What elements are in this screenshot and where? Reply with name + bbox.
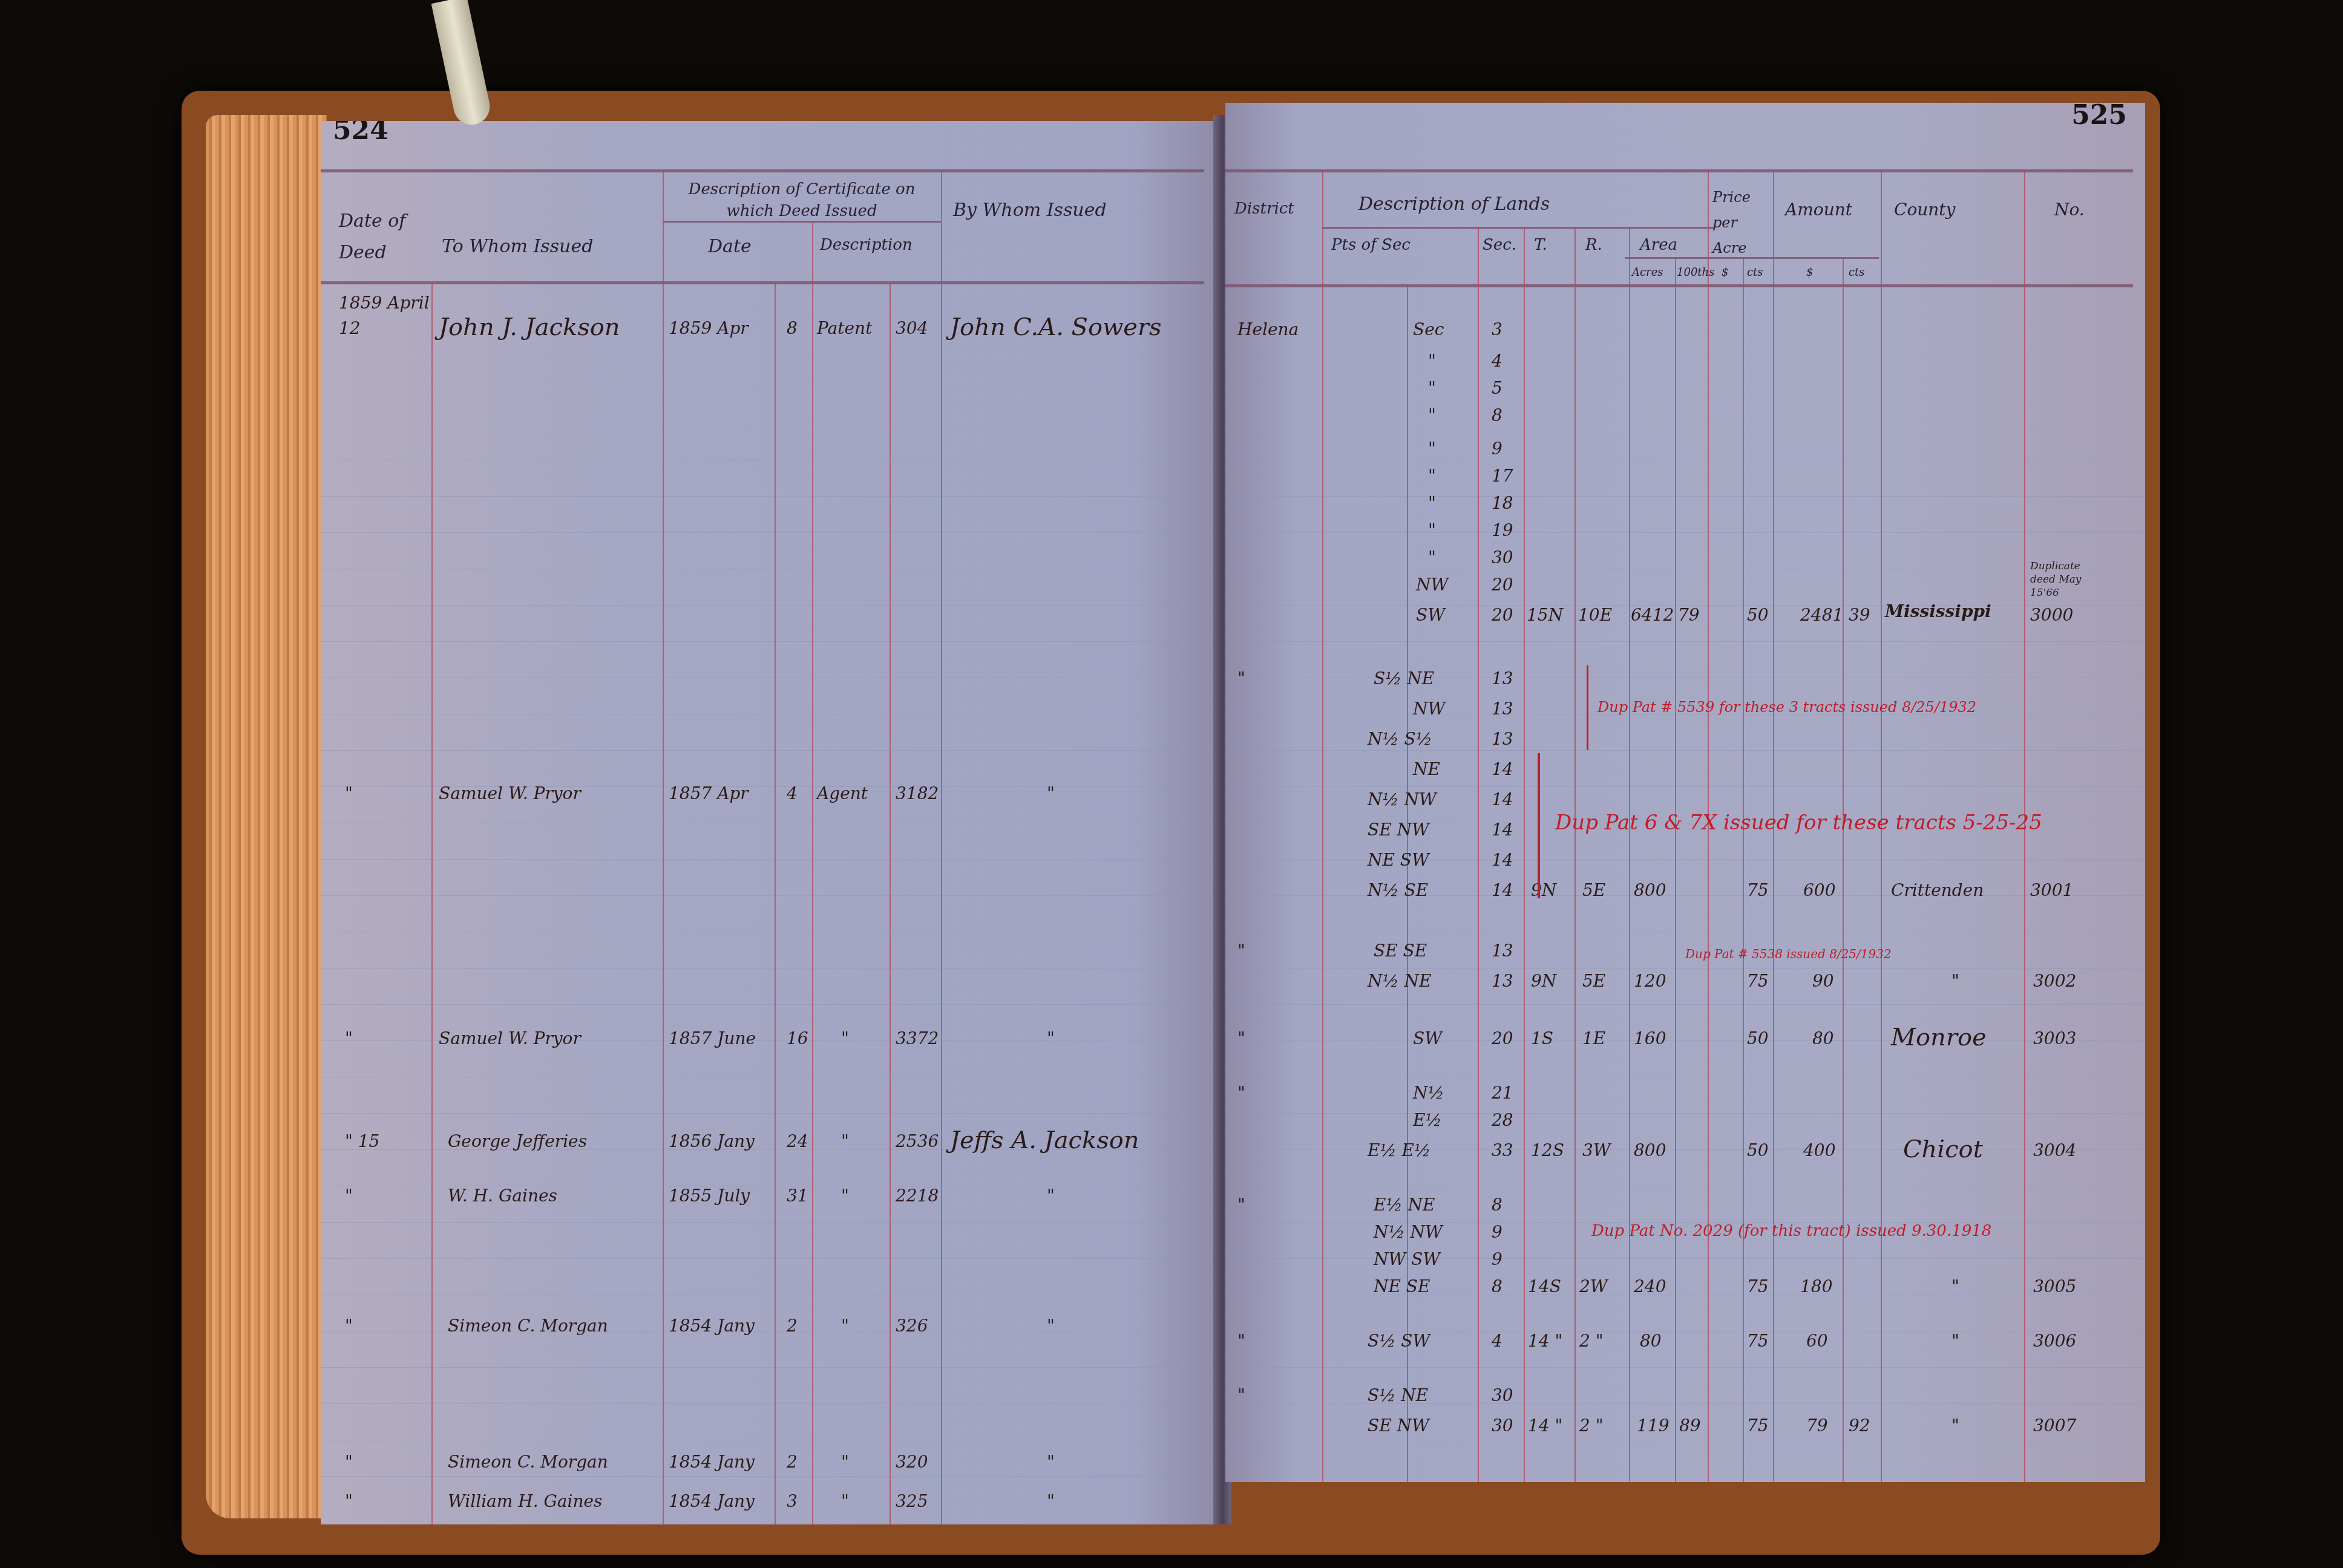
section: 21 <box>1492 1083 1513 1103</box>
deed-number: 3005 <box>2033 1276 2076 1296</box>
pts-of-sec: E½ E½ <box>1368 1140 1430 1160</box>
section: 30 <box>1492 1416 1513 1436</box>
header-township: T. <box>1534 236 1547 254</box>
amount-cents: 39 <box>1849 605 1870 625</box>
county: " <box>1951 1416 1959 1436</box>
issued-by: " <box>1047 1452 1055 1472</box>
date-of-deed: " <box>345 1028 353 1048</box>
area-acres: 800 <box>1634 1140 1666 1160</box>
duplicate-patent-note: Dup Pat # 5539 for these 3 tracts issued… <box>1597 699 1976 716</box>
section: 3 <box>1492 319 1502 339</box>
cert-day: 4 <box>787 783 798 803</box>
cert-year-month: 1857 Apr <box>669 783 749 803</box>
cert-type: Patent <box>817 318 872 338</box>
pts-of-sec: N½ S½ <box>1368 729 1432 749</box>
section: 13 <box>1492 971 1513 991</box>
red-bracket <box>1587 665 1588 750</box>
pts-of-sec: SE NW <box>1368 820 1429 840</box>
cert-day: 16 <box>787 1028 808 1048</box>
issued-by: " <box>1047 1316 1055 1336</box>
township: 15N <box>1527 605 1563 625</box>
cert-type: " <box>841 1316 849 1336</box>
cert-day: 2 <box>787 1452 798 1472</box>
pts-of-sec: Sec <box>1413 319 1444 339</box>
area-acres: 120 <box>1634 971 1666 991</box>
price-cents: 75 <box>1747 1416 1769 1436</box>
district: " <box>1237 1385 1245 1405</box>
area-acres: 80 <box>1640 1331 1662 1351</box>
area-hundredths: 89 <box>1679 1416 1701 1436</box>
deed-number: 3006 <box>2033 1331 2076 1351</box>
section: 9 <box>1492 439 1502 459</box>
header-amount-cents: cts <box>1849 266 1865 279</box>
issued-by: Jeffs A. Jackson <box>950 1126 1139 1154</box>
header-amount-dollars: $ <box>1806 266 1813 279</box>
pts-of-sec: " <box>1428 378 1436 398</box>
header-certificate-group: Description of Certificate on which Deed… <box>669 178 935 222</box>
pts-of-sec: SW <box>1416 605 1445 625</box>
amount-cents: 92 <box>1849 1416 1870 1436</box>
pts-of-sec: NE SE <box>1374 1276 1430 1296</box>
section: 28 <box>1492 1110 1513 1130</box>
section: 20 <box>1492 575 1513 595</box>
pts-of-sec: " <box>1428 439 1436 459</box>
cert-number: 325 <box>896 1491 928 1511</box>
section: 20 <box>1492 1028 1513 1048</box>
duplicate-patent-note: Dup Pat 6 & 7X issued for these tracts 5… <box>1555 811 2042 835</box>
amount-dollars: 400 <box>1803 1140 1835 1160</box>
date-of-deed: " <box>345 1186 353 1206</box>
cert-day: 8 <box>787 318 798 338</box>
cert-number: 326 <box>896 1316 928 1336</box>
pts-of-sec: " <box>1428 466 1436 486</box>
district: " <box>1237 1028 1245 1048</box>
pts-of-sec: " <box>1428 493 1436 513</box>
section: 14 <box>1492 880 1513 900</box>
header-to-whom-issued: To Whom Issued <box>442 236 593 257</box>
section: 14 <box>1492 850 1513 870</box>
township: 14 " <box>1528 1416 1562 1436</box>
pts-of-sec: N½ SE <box>1368 880 1428 900</box>
amount-dollars: 79 <box>1806 1416 1828 1436</box>
section: 30 <box>1492 1385 1513 1405</box>
pts-of-sec: " <box>1428 520 1436 540</box>
price-cents: 50 <box>1747 605 1769 625</box>
county: Mississippi <box>1885 601 1991 621</box>
date-of-deed: " 15 <box>345 1131 379 1151</box>
grantee-name: Simeon C. Morgan <box>448 1316 608 1336</box>
district: Helena <box>1237 319 1299 339</box>
district: " <box>1237 1083 1245 1103</box>
pts-of-sec: S½ SW <box>1368 1331 1430 1351</box>
pts-of-sec: E½ <box>1413 1110 1442 1130</box>
pts-of-sec: SE NW <box>1368 1416 1429 1436</box>
pts-of-sec: " <box>1428 405 1436 425</box>
cert-day: 2 <box>787 1316 798 1336</box>
pts-of-sec: S½ NE <box>1374 668 1434 688</box>
section: 20 <box>1492 605 1513 625</box>
cert-year-month: 1854 Jany <box>669 1491 755 1511</box>
pts-of-sec: N½ NW <box>1374 1222 1443 1242</box>
cert-year-month: 1854 Jany <box>669 1316 755 1336</box>
header-bottom-rule <box>1225 284 2133 287</box>
price-cents: 75 <box>1747 1276 1769 1296</box>
township: 9N <box>1531 971 1556 991</box>
section: 13 <box>1492 699 1513 719</box>
pts-of-sec: " <box>1428 351 1436 371</box>
range: 5E <box>1582 880 1605 900</box>
grantee-name: William H. Gaines <box>448 1491 602 1511</box>
county: " <box>1951 1276 1959 1296</box>
duplicate-patent-note: Dup Pat # 5538 issued 8/25/1932 <box>1685 947 1892 961</box>
header-price-dollars: $ <box>1722 266 1728 279</box>
cert-number: 3182 <box>896 783 939 803</box>
issued-by: " <box>1047 783 1055 803</box>
section: 13 <box>1492 729 1513 749</box>
deed-number: 3000 <box>2030 605 2073 625</box>
header-bottom-rule <box>321 281 1204 284</box>
cert-year-month: 1856 Jany <box>669 1131 755 1151</box>
cert-number: 3372 <box>896 1028 939 1048</box>
right-page: 525 District Description of Lands Pts of… <box>1225 103 2145 1482</box>
county: Crittenden <box>1891 880 1984 900</box>
pts-of-sec: NE <box>1413 759 1440 779</box>
section: 30 <box>1492 547 1513 567</box>
header-top-rule <box>321 169 1204 172</box>
header-cert-description: Description <box>820 236 913 254</box>
header-cert-date: Date <box>708 236 752 257</box>
area-acres: 160 <box>1634 1028 1666 1048</box>
header-pts-of-sec: Pts of Sec <box>1331 236 1411 254</box>
cert-day: 3 <box>787 1491 798 1511</box>
red-bracket <box>1538 753 1540 898</box>
section: 13 <box>1492 668 1513 688</box>
section: 8 <box>1492 1276 1502 1296</box>
date-of-deed: " <box>345 1491 353 1511</box>
county: Chicot <box>1903 1135 1983 1163</box>
header-district: District <box>1234 200 1294 218</box>
section: 17 <box>1492 466 1513 486</box>
section: 14 <box>1492 759 1513 779</box>
cert-type: " <box>841 1491 849 1511</box>
amount-dollars: 80 <box>1812 1028 1834 1048</box>
section: 14 <box>1492 789 1513 809</box>
header-price-per-acre: Price per Acre <box>1712 185 1770 261</box>
section: 13 <box>1492 941 1513 961</box>
county: " <box>1951 971 1959 991</box>
page-edges <box>206 115 327 1518</box>
grantee-name: Samuel W. Pryor <box>439 1028 581 1048</box>
section: 8 <box>1492 405 1502 425</box>
price-cents: 50 <box>1747 1140 1769 1160</box>
cert-type: " <box>841 1452 849 1472</box>
pts-of-sec: NW <box>1413 699 1445 719</box>
county: Monroe <box>1891 1024 1987 1051</box>
header-range: R. <box>1585 236 1602 254</box>
cert-type: " <box>841 1186 849 1206</box>
amount-dollars: 90 <box>1812 971 1834 991</box>
price-cents: 75 <box>1747 1331 1769 1351</box>
left-page: 524 Date of Deed To Whom Issued Descript… <box>321 121 1219 1524</box>
amount-dollars: 600 <box>1803 880 1835 900</box>
issued-by: John C.A. Sowers <box>950 313 1162 341</box>
area-acres: 6412 <box>1631 605 1674 625</box>
deed-number: 3007 <box>2033 1416 2076 1436</box>
area-acres: 800 <box>1634 880 1666 900</box>
lands-subheader-rule <box>1322 227 1715 229</box>
district: " <box>1237 1195 1245 1215</box>
section: 4 <box>1492 1331 1502 1351</box>
section: 9 <box>1492 1222 1502 1242</box>
cert-day: 31 <box>787 1186 808 1206</box>
cert-number: 320 <box>896 1452 928 1472</box>
header-by-whom-issued: By Whom Issued <box>953 200 1107 221</box>
issued-by: " <box>1047 1491 1055 1511</box>
range: 2 " <box>1579 1416 1604 1436</box>
deed-number: 3003 <box>2033 1028 2076 1048</box>
area-acres: 240 <box>1634 1276 1666 1296</box>
price-cents: 75 <box>1747 971 1769 991</box>
cert-type: Agent <box>817 783 868 803</box>
grantee-name: Samuel W. Pryor <box>439 783 581 803</box>
header-area: Area <box>1640 236 1677 254</box>
cert-year-month: 1859 Apr <box>669 318 749 338</box>
section: 33 <box>1492 1140 1513 1160</box>
cert-year-month: 1854 Jany <box>669 1452 755 1472</box>
cert-type: " <box>841 1131 849 1151</box>
pts-of-sec: E½ NE <box>1374 1195 1435 1215</box>
cert-year-month: 1857 June <box>669 1028 756 1048</box>
cert-number: 304 <box>896 318 928 338</box>
price-cents: 50 <box>1747 1028 1769 1048</box>
header-county: County <box>1894 200 1955 220</box>
township: 9N <box>1531 880 1556 900</box>
cert-type: " <box>841 1028 849 1048</box>
range: 2W <box>1579 1276 1608 1296</box>
amount-dollars: 180 <box>1800 1276 1832 1296</box>
header-area-hundredths: 100ths <box>1677 266 1714 279</box>
cert-day: 24 <box>787 1131 808 1151</box>
pts-of-sec: SW <box>1413 1028 1442 1048</box>
pts-of-sec: NW SW <box>1374 1249 1440 1269</box>
page-number-left: 524 <box>333 121 388 146</box>
pts-of-sec: S½ NE <box>1368 1385 1428 1405</box>
cert-number: 2536 <box>896 1131 939 1151</box>
district: " <box>1237 668 1245 688</box>
section: 8 <box>1492 1195 1502 1215</box>
price-cents: 75 <box>1747 880 1769 900</box>
range: 2 " <box>1579 1331 1604 1351</box>
grantee-name: W. H. Gaines <box>448 1186 557 1206</box>
pts-of-sec: NW <box>1416 575 1448 595</box>
pts-of-sec: NE SW <box>1368 850 1429 870</box>
range: 10E <box>1578 605 1612 625</box>
section: 4 <box>1492 351 1502 371</box>
deed-number: 3002 <box>2033 971 2076 991</box>
header-date-of-deed: Date of Deed <box>339 206 424 269</box>
township: 14S <box>1528 1276 1561 1296</box>
deed-number: 3004 <box>2033 1140 2076 1160</box>
amount-dollars: 2481 <box>1800 605 1843 625</box>
section: 19 <box>1492 520 1513 540</box>
range: 1E <box>1582 1028 1605 1048</box>
header-sec: Sec. <box>1483 236 1516 254</box>
grantee-name: George Jefferies <box>448 1131 587 1151</box>
date-of-deed: " <box>345 783 353 803</box>
cert-year-month: 1855 July <box>669 1186 750 1206</box>
section: 14 <box>1492 820 1513 840</box>
date-of-deed: 1859 April 12 <box>339 290 430 341</box>
pts-of-sec: SE SE <box>1374 941 1427 961</box>
range: 3W <box>1582 1140 1611 1160</box>
pts-of-sec: " <box>1428 547 1436 567</box>
county: " <box>1951 1331 1959 1351</box>
township: 14 " <box>1528 1331 1562 1351</box>
section: 18 <box>1492 493 1513 513</box>
header-amount: Amount <box>1785 200 1852 220</box>
header-price-cents: cts <box>1747 266 1763 279</box>
section: 5 <box>1492 378 1502 398</box>
area-acres: 119 <box>1637 1416 1669 1436</box>
header-no: No. <box>2054 200 2085 220</box>
date-of-deed: " <box>345 1316 353 1336</box>
cert-number: 2218 <box>896 1186 939 1206</box>
range: 5E <box>1582 971 1605 991</box>
grantee-name: Simeon C. Morgan <box>448 1452 608 1472</box>
district: " <box>1237 1331 1245 1351</box>
deed-number: 3001 <box>2030 880 2073 900</box>
pts-of-sec: N½ NE <box>1368 971 1431 991</box>
pts-of-sec: N½ NW <box>1368 789 1437 809</box>
date-of-deed: " <box>345 1452 353 1472</box>
duplicate-patent-note: Dup Pat No. 2029 (for this tract) issued… <box>1591 1222 1991 1240</box>
header-top-rule <box>1225 169 2133 172</box>
header-area-acres: Acres <box>1632 266 1663 279</box>
page-number-right: 525 <box>2071 103 2127 131</box>
issued-by: " <box>1047 1028 1055 1048</box>
township: 12S <box>1531 1140 1564 1160</box>
header-description-of-lands: Description of Lands <box>1358 194 1550 215</box>
issued-by: " <box>1047 1186 1055 1206</box>
pts-of-sec: N½ <box>1413 1083 1444 1103</box>
township: 1S <box>1531 1028 1553 1048</box>
duplicate-deed-note: Duplicate deed May 15'66 <box>2030 560 2103 599</box>
amount-dollars: 60 <box>1806 1331 1828 1351</box>
grantee-name: John J. Jackson <box>439 313 620 341</box>
section: 9 <box>1492 1249 1502 1269</box>
district: " <box>1237 941 1245 961</box>
area-hundredths: 79 <box>1678 605 1700 625</box>
